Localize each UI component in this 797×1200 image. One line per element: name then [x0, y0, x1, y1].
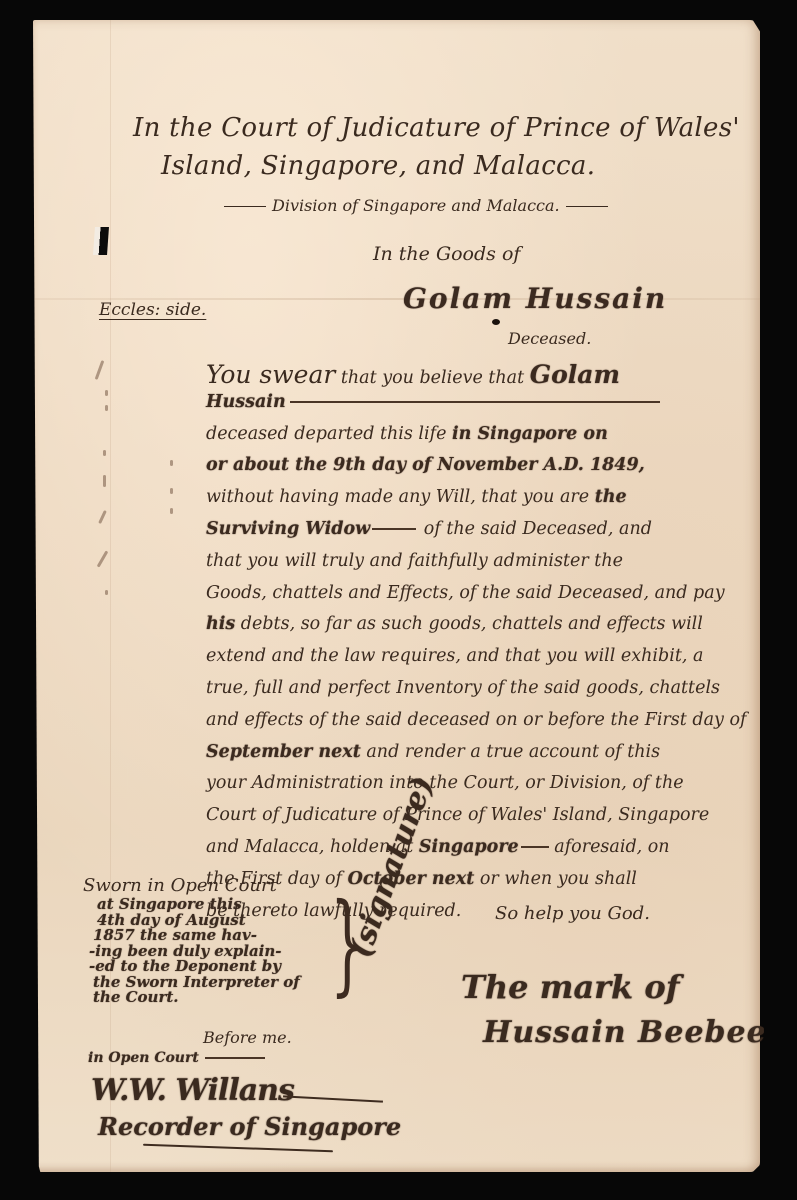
oath-lead: You swear — [206, 360, 335, 389]
court-heading-line1: In the Court of Judicature of Prince of … — [133, 113, 740, 143]
oath-fill: or about the 9th day of November A.D. 18… — [206, 455, 645, 475]
oath-fill: Surviving Widow — [206, 519, 370, 539]
sworn-note-line: the Sworn Interpreter of — [83, 973, 333, 989]
margin-ink-mark — [97, 550, 109, 567]
oath-line: that you will truly and faithfully admin… — [206, 551, 766, 583]
blank-rule — [521, 846, 549, 848]
oath-line: Hussain — [206, 392, 766, 424]
oath-line-tail: aforesaid, on — [549, 837, 670, 857]
archival-tab-marker — [93, 227, 109, 255]
registrar-title: Recorder of Singapore — [98, 1112, 401, 1141]
oath-fill: Hussain — [206, 392, 286, 412]
margin-ink-mark — [103, 450, 106, 456]
sworn-note-line: 1857 the same hav- — [83, 926, 333, 942]
before-me-label: Before me. — [203, 1028, 292, 1047]
margin-ink-mark — [105, 590, 108, 595]
oath-line: your Administration into the Court, or D… — [206, 773, 766, 805]
signature-flourish — [283, 1095, 383, 1102]
oath-line: without having made any Will, that you a… — [206, 487, 766, 519]
oath-line: his debts, so far as such goods, chattel… — [206, 614, 766, 646]
oath-line-text: of the said Deceased, and — [418, 519, 652, 539]
oath-line: and Malacca, holden at Singapore aforesa… — [206, 837, 766, 869]
oath-line-text: debts, so far as such goods, chattels an… — [235, 614, 703, 634]
oath-line-text: deceased departed this life — [206, 424, 452, 444]
oath-line-tail: or when you shall — [474, 869, 637, 889]
oath-line-text: that you believe that — [335, 368, 529, 388]
in-open-court-label: in Open Court — [88, 1050, 265, 1066]
margin-note-ecclesiastical-side: Eccles: side. — [99, 300, 206, 320]
oath-line: You swear that you believe that Golam — [206, 360, 766, 392]
margin-ink-mark — [103, 475, 106, 487]
oath-fill: September next — [206, 742, 361, 762]
margin-ink-mark — [170, 460, 173, 466]
closing-so-help-you-god: So help you God. — [495, 903, 650, 924]
deceased-name: Golam Hussain — [403, 282, 667, 315]
blank-rule — [290, 401, 660, 403]
margin-ink-mark — [170, 508, 173, 514]
sworn-in-court-note: Sworn in Open Court at Singapore this 4t… — [83, 875, 333, 1004]
margin-ink-mark — [95, 360, 105, 380]
oath-line-text: without having made any Will, that you a… — [206, 487, 595, 507]
oath-line: true, full and perfect Inventory of the … — [206, 678, 766, 710]
deponent-mark-line1: The mark of — [461, 968, 679, 1006]
document-page: In the Court of Judicature of Prince of … — [33, 20, 760, 1172]
margin-ink-mark — [98, 510, 107, 524]
oath-line: or about the 9th day of November A.D. 18… — [206, 455, 766, 487]
oath-fill: Singapore — [419, 837, 519, 857]
division-heading: Division of Singapore and Malacca. — [218, 196, 614, 215]
oath-line: and effects of the said deceased on or b… — [206, 710, 766, 742]
sworn-note-line: 4th day of August — [83, 911, 333, 927]
oath-line: deceased departed this life in Singapore… — [206, 424, 766, 456]
sworn-note-line: -ing been duly explain- — [83, 942, 333, 958]
registrar-signature: W.W. Willans — [91, 1073, 294, 1108]
oath-line: Surviving Widow of the said Deceased, an… — [206, 519, 766, 551]
oath-line: September next and render a true account… — [206, 742, 766, 774]
oath-line: extend and the law requires, and that yo… — [206, 646, 766, 678]
margin-ink-mark — [105, 390, 108, 396]
ink-blot — [492, 319, 500, 325]
oath-fill: in Singapore on — [452, 424, 608, 444]
margin-ink-mark — [105, 405, 108, 411]
oath-fill: Golam — [530, 360, 620, 389]
oath-line-text: and render a true account of this — [361, 742, 660, 762]
blank-rule — [372, 528, 416, 530]
court-heading-line2: Island, Singapore, and Malacca. — [161, 151, 595, 181]
oath-fill: the — [595, 487, 627, 507]
oath-line: Court of Judicature of Prince of Wales' … — [206, 805, 766, 837]
oath-fill: his — [206, 614, 235, 634]
oath-text: You swear that you believe that Golam Hu… — [206, 360, 766, 932]
in-the-goods-of: In the Goods of — [373, 243, 520, 265]
oath-line: Goods, chattels and Effects, of the said… — [206, 583, 766, 615]
sworn-note-line: at Singapore this — [83, 895, 333, 911]
signature-underline — [143, 1144, 333, 1153]
deponent-mark-line2: Hussain Beebee — [483, 1015, 767, 1050]
sworn-note-line: Sworn in Open Court — [83, 875, 333, 895]
sworn-note-line: -ed to the Deponent by — [83, 957, 333, 973]
margin-ink-mark — [170, 488, 173, 494]
deceased-label: Deceased. — [508, 329, 591, 348]
